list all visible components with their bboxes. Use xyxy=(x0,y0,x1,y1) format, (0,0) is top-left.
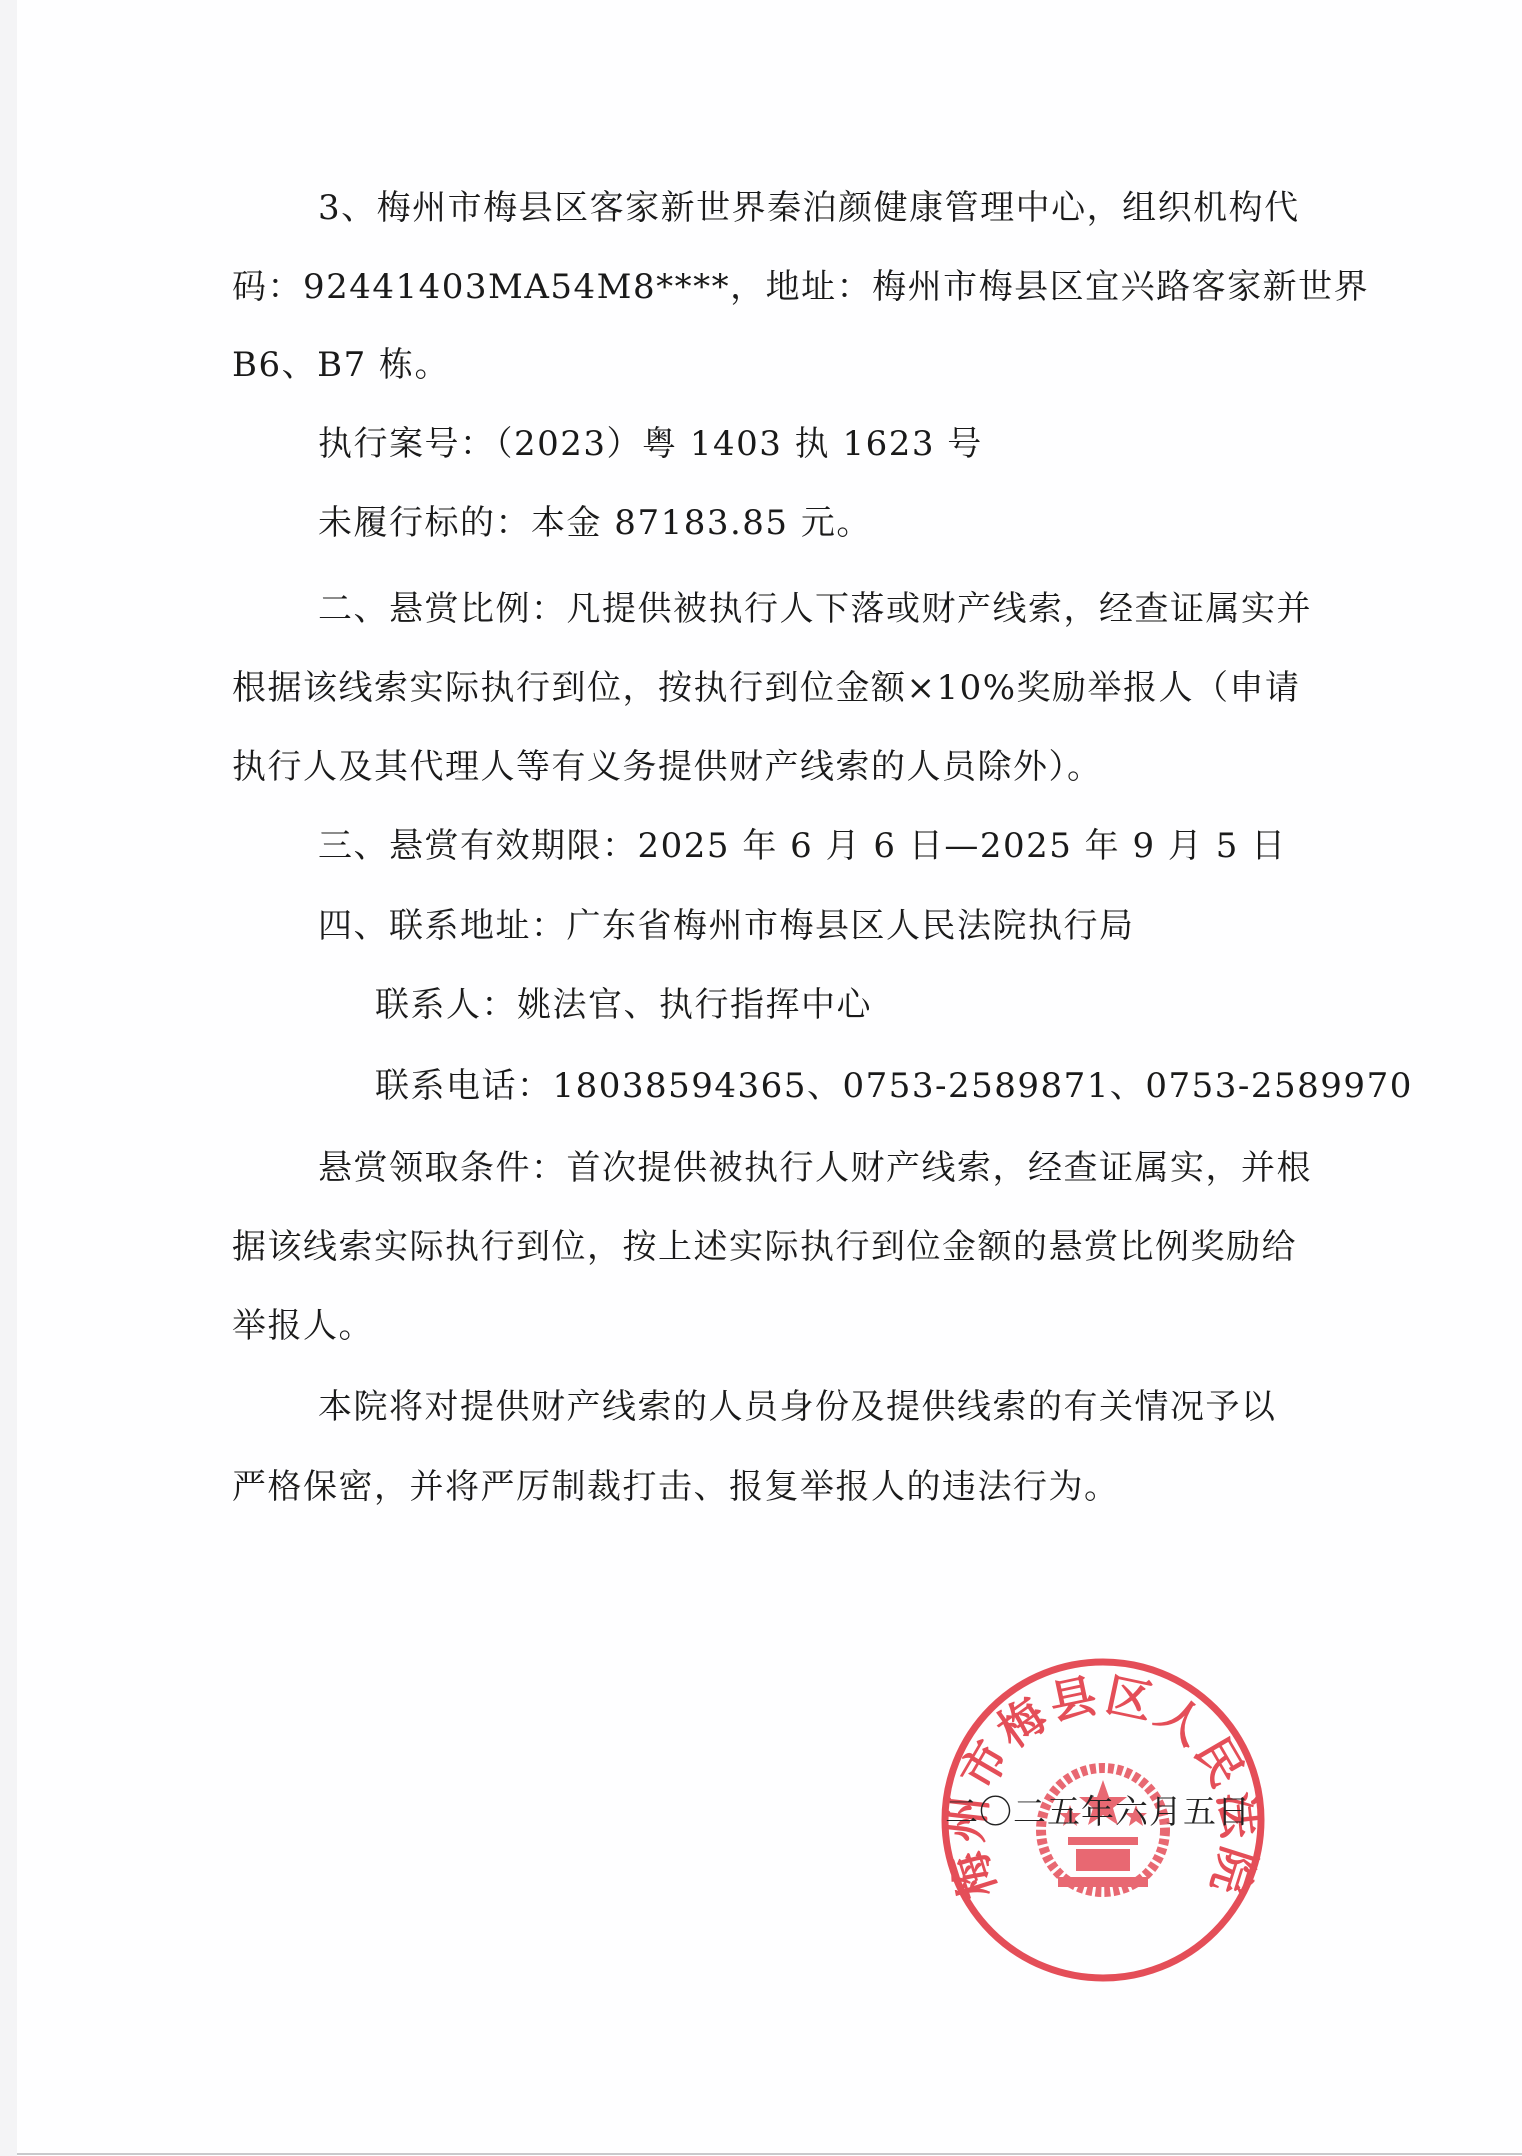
claim-conditions-line2: 据该线索实际执行到位，按上述实际执行到位金额的悬赏比例奖励给 xyxy=(232,1227,1312,1267)
claim-conditions-line3: 举报人。 xyxy=(232,1306,1312,1346)
confidentiality-line1: 本院将对提供财产线索的人员身份及提供线索的有关情况予以 xyxy=(318,1387,1398,1427)
outstanding-amount: 未履行标的：本金 87183.85 元。 xyxy=(318,503,1398,543)
item3-line3: B6、B7 栋。 xyxy=(232,345,1312,385)
section3-validity: 三、悬赏有效期限：2025 年 6 月 6 日—2025 年 9 月 5 日 xyxy=(318,826,1398,866)
section4-address: 四、联系地址：广东省梅州市梅县区人民法院执行局 xyxy=(318,906,1398,946)
section2-line3: 执行人及其代理人等有义务提供财产线索的人员除外）。 xyxy=(232,747,1312,787)
contact-person: 联系人：姚法官、执行指挥中心 xyxy=(375,985,1455,1025)
item3-line1: 3、梅州市梅县区客家新世界秦泊颜健康管理中心，组织机构代 xyxy=(318,188,1398,228)
confidentiality-line2: 严格保密，并将严厉制裁打击、报复举报人的违法行为。 xyxy=(232,1467,1312,1507)
case-number: 执行案号：（2023）粤 1403 执 1623 号 xyxy=(318,424,1398,464)
scan-margin-strip xyxy=(0,0,17,2156)
section2-line2: 根据该线索实际执行到位，按执行到位金额×10%奖励举报人（申请 xyxy=(232,668,1312,708)
section2-line1: 二、悬赏比例：凡提供被执行人下落或财产线索，经查证属实并 xyxy=(318,589,1398,629)
item3-line2: 码：92441403MA54M8****，地址：梅州市梅县区宜兴路客家新世界 xyxy=(232,267,1312,307)
signature-date: 二〇二五年六月五日 xyxy=(945,1792,1251,1832)
claim-conditions-line1: 悬赏领取条件：首次提供被执行人财产线索，经查证属实，并根 xyxy=(318,1148,1398,1188)
contact-phone: 联系电话：18038594365、0753-2589871、0753-25899… xyxy=(375,1066,1455,1106)
